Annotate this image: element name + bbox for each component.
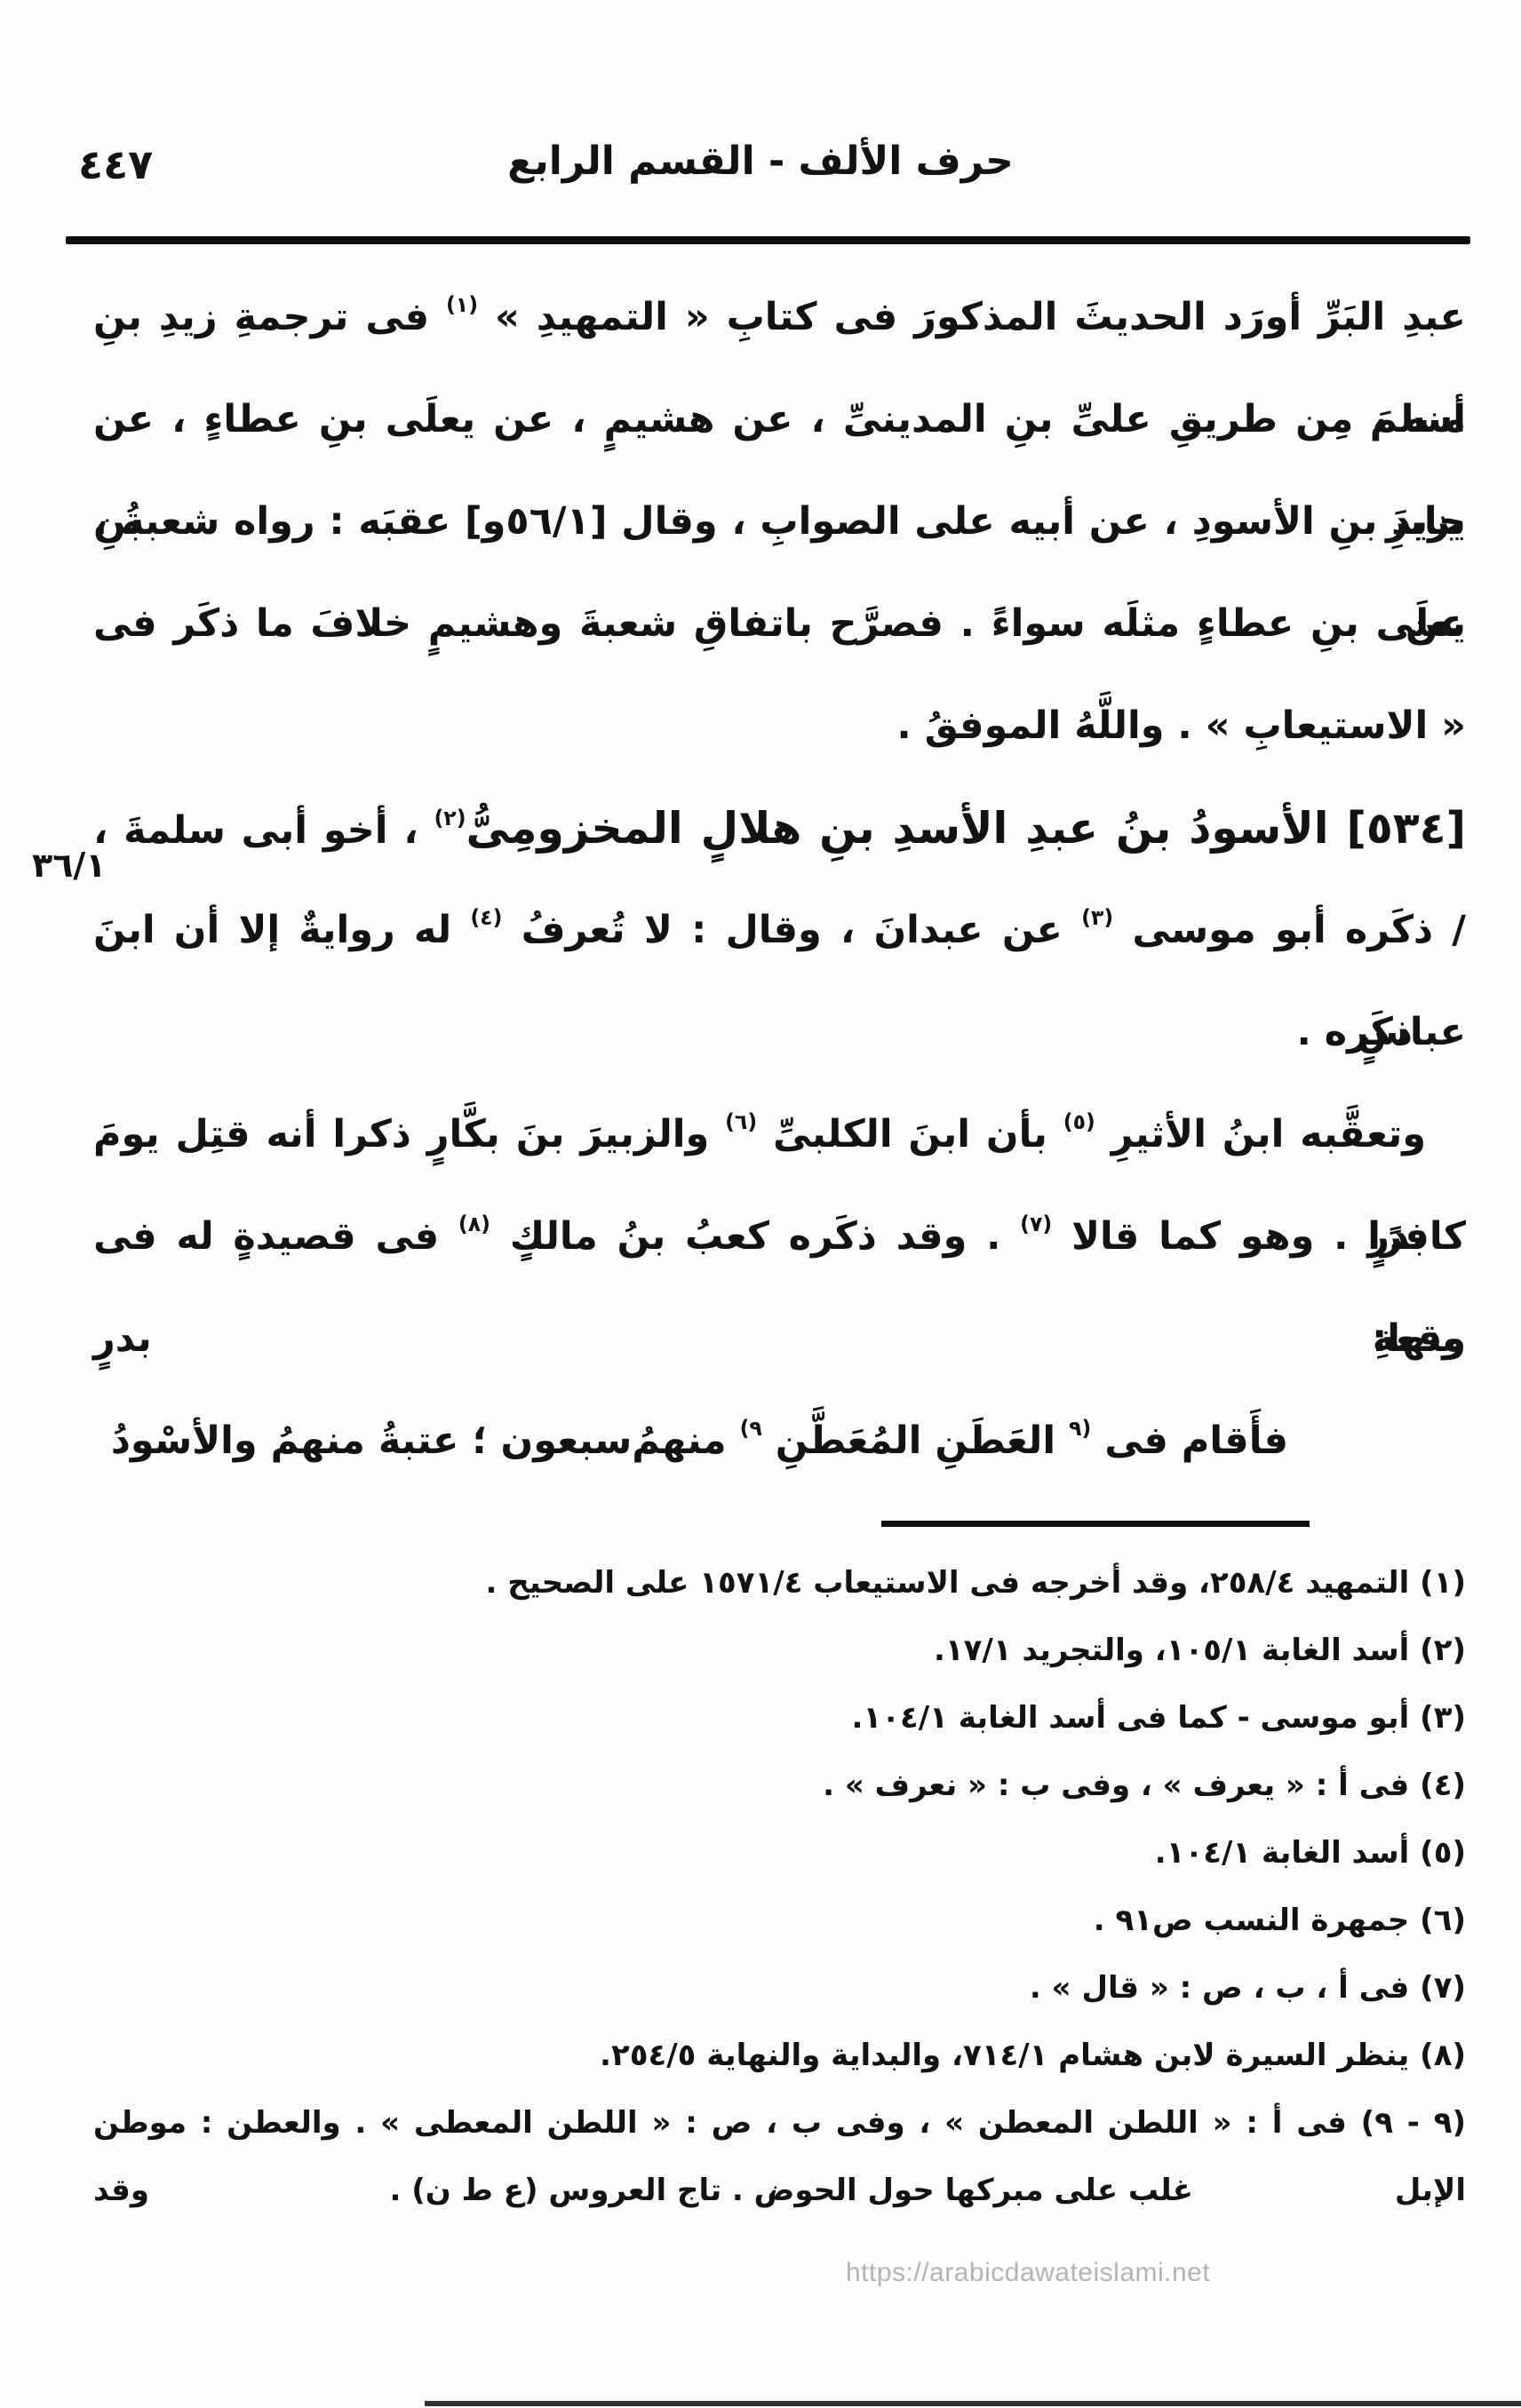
footnote-line: (٤) فى أ : « يعرف » ، وفى ب : « نعرف » . [93,1752,1466,1819]
footnote-ref: (٣) [1081,905,1113,930]
poetry-verse: فأَقام فى (٩ العَطَنِ المُعَطَّنِ ٩) منه… [240,1390,1288,1492]
footnote-line: (٧) فى أ ، ب ، ص : « قال » . [93,1954,1466,2022]
text-run: منهمُ [632,1419,739,1463]
footnote-line: (٣) أبو موسى - كما فى أسد الغابة ١٠٤/١. [93,1684,1466,1752]
footnotes-block: (١) التمهيد ٢٥٨/٤، وقد أخرجه فى الاستيعا… [93,1549,1466,2224]
footnote-separator [881,1521,1310,1527]
body-line: يزيدَ بنِ الأسودِ ، عن أبيه على الصوابِ … [93,471,1466,573]
body-line: ذكَره . [93,981,1466,1084]
scanned-book-page: ٤٤٧ حرف الألف - القسم الرابع عبدِ البَرِ… [0,0,1521,2408]
text-run: عن عبدانَ ، وقال : لا تُعرفُ [502,908,1081,952]
footnote-ref: (٩ [1069,1416,1091,1441]
text-run: فأَقام فى [1091,1419,1288,1463]
footnote-ref: (١) [446,292,478,317]
text-run: . وقد ذكَره كعبُ بنُ مالكٍ [490,1214,1020,1259]
text-run: / ذكَره أبو موسى [1113,908,1466,952]
body-line: عبدِ البَرِّ أورَد الحديثَ المذكورَ فى ك… [93,266,1466,369]
folio-margin-note: ٣٦/١ [32,846,106,885]
body-line: وتعقَّبه ابنُ الأثيرِ (٥) بأن ابنَ الكلب… [93,1084,1466,1186]
text-run: منها: [1372,1316,1466,1361]
text-run: وتعقَّبه ابنُ الأثيرِ [1095,1112,1426,1156]
text-run: ذكَره . [1296,1010,1413,1054]
text-run: يعلَى بنِ عطاءٍ مثلَه سواءً . فصرَّح بات… [93,601,1466,646]
footnote-line: (٩ - ٩) فى أ : « اللطن المعطن » ، وفى ب … [93,2089,1466,2157]
footnote-line: (٢) أسد الغابة ١٠٥/١، والتجريد ١٧/١. [93,1617,1466,1684]
header-rule [66,236,1470,244]
entry-heading: [٥٣٤] الأسودُ بنُ عبدِ الأسدِ بنِ هلالٍ … [466,803,1466,854]
text-run: سبعون ؛ عتبةُ منهمُ والأسْودُ [111,1419,632,1463]
entry-line: [٥٣٤] الأسودُ بنُ عبدِ الأسدِ بنِ هلالٍ … [93,777,1466,879]
verse-right-hemistich: فأَقام فى (٩ العَطَنِ المُعَطَّنِ ٩) منه… [632,1390,1288,1492]
body-line: يعلَى بنِ عطاءٍ مثلَه سواءً . فصرَّح بات… [93,573,1466,675]
footnote-line: (٨) ينظر السيرة لابن هشام ٧١٤/١، والبداي… [93,2022,1466,2089]
footnote-line: (١) التمهيد ٢٥٨/٤، وقد أخرجه فى الاستيعا… [93,1549,1466,1617]
footnote-ref: ٩) [740,1416,762,1441]
body-text-block: عبدِ البَرِّ أورَد الحديثَ المذكورَ فى ك… [93,266,1466,1492]
footnote-line: (٦) جمهرة النسب ص٩١ . [93,1887,1466,1954]
footnote-ref: (٥) [1063,1109,1095,1134]
text-run: عبدِ البَرِّ أورَد الحديثَ المذكورَ فى ك… [478,295,1466,339]
footnote-ref: (٢) [434,806,466,830]
body-line: كافرًا . وهو كما قالا (٧) . وقد ذكَره كع… [93,1186,1466,1288]
running-header-title: حرف الألف - القسم الرابع [0,139,1521,184]
text-run: ، أخو أبى سلمةَ ، [93,808,434,853]
verse-left-hemistich: سبعون ؛ عتبةُ منهمُ والأسْودُ [111,1390,632,1492]
text-run: العَطَنِ المُعَطَّنِ [762,1419,1069,1463]
footnote-ref: (٦) [725,1109,757,1134]
body-line: « الاستيعابِ » . واللَّهُ الموفقُ . [93,675,1466,777]
body-line: / ذكَره أبو موسى (٣) عن عبدانَ ، وقال : … [93,879,1466,981]
footnote-line: (٥) أسد الغابة ١٠٤/١. [93,1819,1466,1887]
text-run: « الاستيعابِ » . واللَّهُ الموفقُ . [896,703,1466,748]
text-run: بأن ابنَ الكلبىِّ [757,1112,1063,1156]
footnote-ref: (٧) [1020,1212,1052,1236]
watermark-url: https://arabicdawateislami.net [846,2258,1210,2288]
footnote-ref: (٤) [470,905,502,930]
text-run: كافرًا . وهو كما قالا [1052,1214,1466,1259]
footnote-ref: (٨) [458,1212,490,1236]
scan-edge-artifact [425,2401,1521,2406]
body-line: منه ، مِن طريقِ علىِّ بنِ المدينىِّ ، عن… [93,369,1466,471]
